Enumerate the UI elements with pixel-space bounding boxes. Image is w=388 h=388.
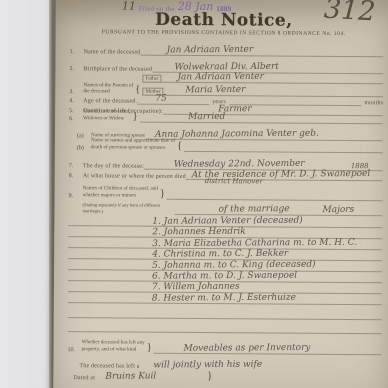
page-subtitle: PURSUANT TO THE PROVISIONS CONTAINED IN …: [56, 29, 388, 37]
form-row-8-subline: district Hanover: [205, 177, 263, 185]
row-label: Whether deceased has left any property, …: [82, 339, 145, 353]
row-label: Name or names and approximate date of de…: [91, 137, 175, 151]
brace: }: [207, 371, 212, 382]
death-notice-page: 11 Filed on the 28 Jan 1889 312 Death No…: [53, 0, 388, 388]
brace: }: [160, 188, 165, 199]
row-label: Name of the deceased: [84, 49, 141, 55]
child-entry: 8. Hester m. to M. J. Esterhuize: [152, 294, 296, 304]
father-label: Father: [143, 75, 162, 83]
form-row-1: 1. Name of the deceased Jan Adriaan Vent…: [70, 42, 384, 57]
brace: }: [147, 342, 152, 353]
page-title: Death Notice,: [56, 9, 388, 31]
row-number: 10.: [68, 347, 82, 353]
entry-value: Jan Adriaan Venter: [166, 46, 253, 56]
blank-rule: [68, 305, 382, 320]
row-number: 1.: [70, 49, 84, 55]
brace: {: [177, 140, 182, 151]
entry-line: [167, 186, 383, 201]
row-number: 9.: [69, 193, 83, 199]
entry-line: Moveables as per Inventory: [154, 340, 382, 355]
entry-line: Bruins Kuil: [95, 369, 205, 382]
entry-line: Married: [140, 109, 383, 124]
row-label: Married or Unmarried, Widower or Widow: [83, 108, 130, 122]
majors-heading: Majors: [323, 206, 355, 215]
dated-label: Dated at: [73, 375, 95, 381]
marriage-heading: of the marriage: [218, 205, 289, 214]
entry-value: Moveables as per Inventory: [184, 343, 311, 353]
entry-line: [184, 138, 383, 152]
row-label: At what house or where the person died: [83, 173, 186, 180]
form-row-6: 6. Married or Unmarried, Widower or Wido…: [69, 108, 383, 124]
entry-line: Jan Adriaan Venter: [140, 43, 383, 58]
row-number: 6.: [69, 116, 83, 122]
blank-rule: [68, 319, 382, 334]
child-row: 8. Hester m. to M. J. Esterhuize: [68, 290, 382, 305]
form-row-10: 10. Whether deceased has left any proper…: [68, 339, 382, 355]
row-number: (b): [77, 145, 91, 151]
form-row-9: 9. Names of Children of deceased, and wh…: [69, 185, 383, 201]
brace: }: [133, 111, 138, 122]
father-value: Jan Adriaan Venter: [178, 73, 265, 83]
row-number: 8.: [69, 173, 83, 179]
dated-row: Dated at Bruins Kuil }: [73, 369, 381, 383]
form-row-6b: (b) Name or names and approximate date o…: [69, 137, 383, 153]
row-label: Names of Children of deceased, and wheth…: [83, 185, 158, 199]
entry-value: Married: [188, 112, 225, 121]
dated-value: Bruins Kuil: [105, 372, 156, 381]
